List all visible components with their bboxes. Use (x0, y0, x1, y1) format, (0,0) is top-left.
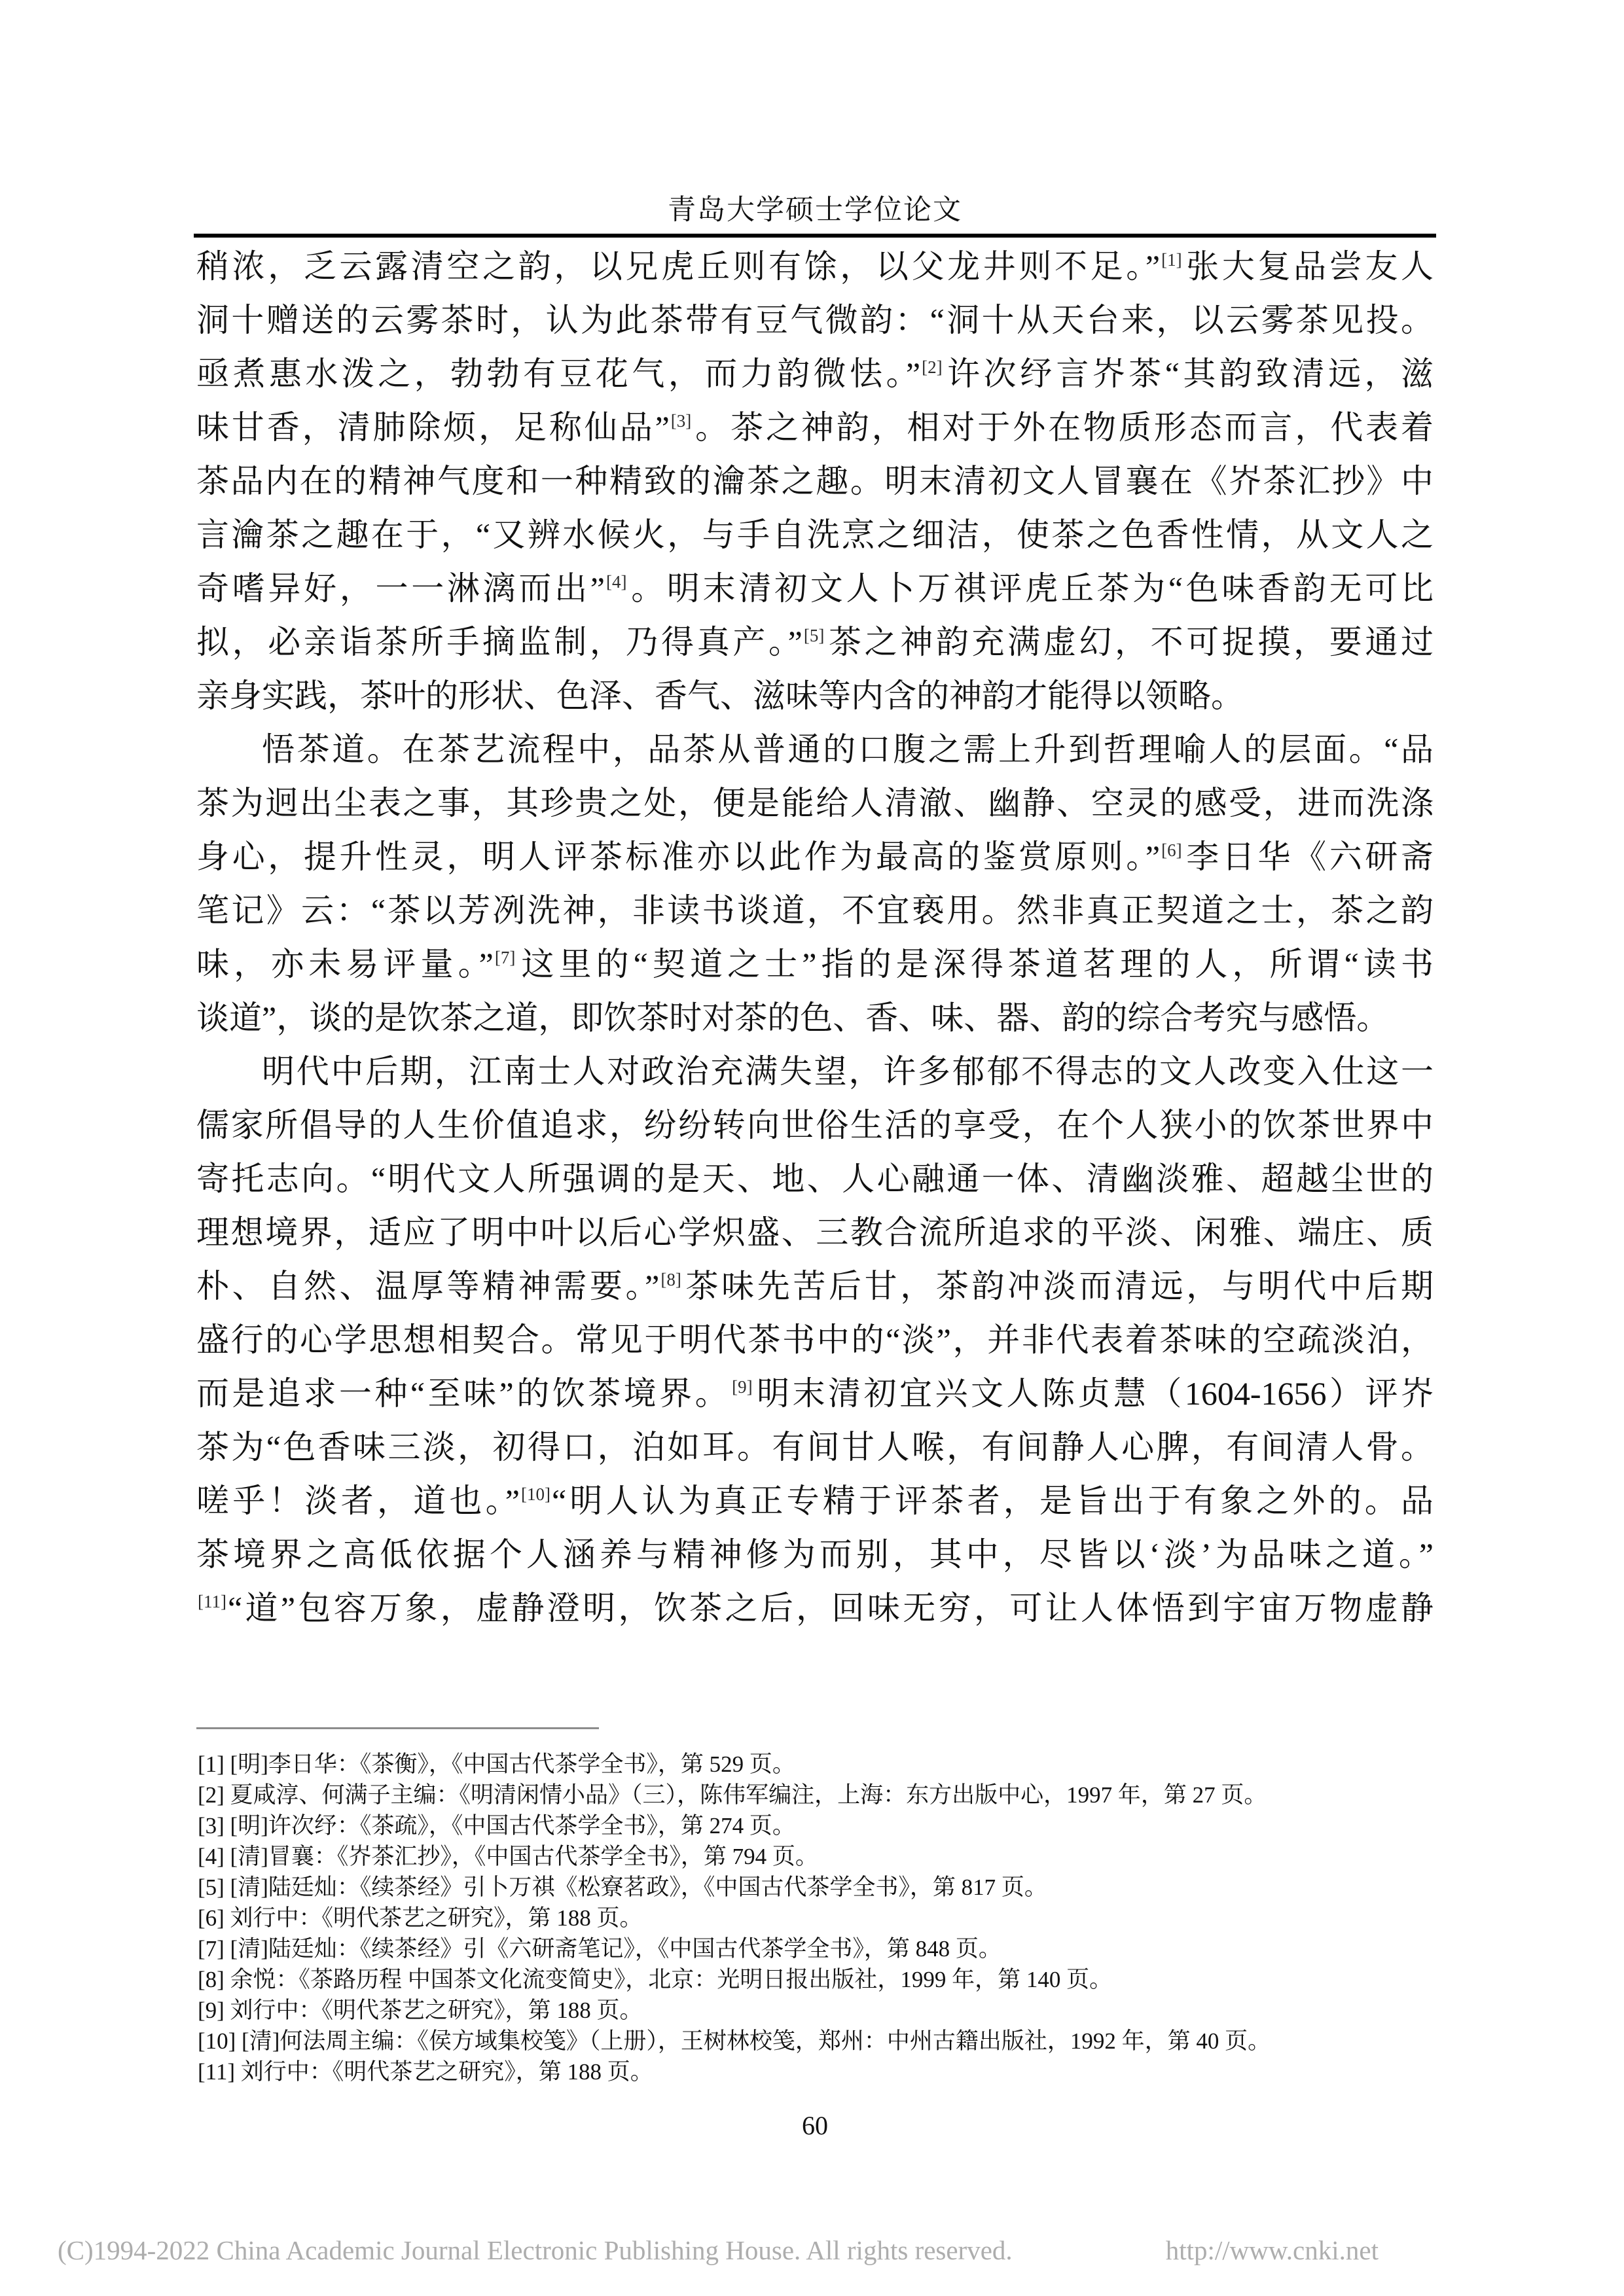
footnote-item: [5] [清]陆廷灿：《续茶经》引卜万祺《松寮茗政》，《中国古代茶学全书》，第 … (198, 1872, 1435, 1903)
text-run: “明人认为真正专精于评茶者，是旨出于有象之外的。品 (552, 1482, 1434, 1519)
body-line: 稍浓，乏云露清空之韵，以兄虎丘则有馀，以父龙井则不足。”[1]张大复品尝友人 (196, 240, 1434, 293)
copyright-text: (C)1994-2022 China Academic Journal Elec… (58, 2233, 1013, 2267)
text-run: 茶为迥出尘表之事，其珍贵之处，便是能给人清澈、幽静、空灵的感受，进而洗涤 (196, 785, 1434, 821)
body-line: 洞十赠送的云雾茶时，认为此茶带有豆气微韵：“洞十从天台来，以云雾茶见投。 (196, 293, 1434, 347)
footnote-separator (196, 1727, 599, 1729)
footnote-item: [1] [明]李日华：《茶衡》，《中国古代茶学全书》，第 529 页。 (198, 1749, 1435, 1780)
footnote-ref: [3] (670, 412, 693, 430)
footnote-item: [7] [清]陆廷灿：《续茶经》引《六研斋笔记》，《中国古代茶学全书》，第 84… (198, 1933, 1435, 1964)
footnote-ref: [5] (803, 627, 825, 645)
text-run: 儒家所倡导的人生价值追求，纷纷转向世俗生活的享受，在个人狭小的饮茶世界中 (196, 1107, 1434, 1143)
body-line: 盛行的心学思想相契合。常见于明代茶书中的“淡”，并非代表着茶味的空疏淡泊， (196, 1313, 1434, 1367)
text-run: 稍浓，乏云露清空之韵，以兄虎丘则有馀，以父龙井则不足。” (196, 248, 1160, 285)
text-run: 茶味先苦后甘，茶韵冲淡而清远，与明代中后期 (683, 1268, 1434, 1304)
text-run: 茶为“色香味三淡，初得口，泊如耳。有间甘人喉，有间静人心脾，有间清人骨。 (196, 1429, 1434, 1465)
body-line: 茶为“色香味三淡，初得口，泊如耳。有间甘人喉，有间静人心脾，有间清人骨。 (196, 1420, 1434, 1474)
text-run: 明末清初宜兴文人陈贞慧（1604-1656）评岕 (754, 1375, 1434, 1412)
body-line: 寄托志向。“明代文人所强调的是天、地、人心融通一体、清幽淡雅、超越尘世的 (196, 1152, 1434, 1206)
body-line: 谈道”，谈的是饮茶之道，即饮茶时对茶的色、香、味、器、韵的综合考究与感悟。 (196, 991, 1434, 1045)
footnote-item: [9] 刘行中：《明代茶艺之研究》，第 188 页。 (198, 1995, 1435, 2026)
text-run: 李日华《六研斋 (1183, 838, 1434, 875)
body-line: 亟煮惠水泼之，勃勃有豆花气，而力韵微怯。”[2]许次纾言岕茶“其韵致清远，滋 (196, 347, 1434, 401)
header-rule (194, 234, 1436, 238)
footnote-ref: [6] (1160, 842, 1183, 859)
footnote-ref: [4] (605, 573, 628, 591)
text-run: 味甘香，清肺除烦，足称仙品” (196, 409, 670, 446)
body-line: 儒家所倡导的人生价值追求，纷纷转向世俗生活的享受，在个人狭小的饮茶世界中 (196, 1098, 1434, 1152)
body-line: 拟，必亲诣茶所手摘监制，乃得真产。”[5]茶之神韵充满虚幻，不可捉摸，要通过 (196, 615, 1434, 669)
text-run: 明代中后期，江南士人对政治充满失望，许多郁郁不得志的文人改变入仕这一 (262, 1053, 1434, 1090)
text-run: 朴、自然、温厚等精神需要。” (196, 1268, 659, 1304)
footnote-item: [11] 刘行中：《明代茶艺之研究》，第 188 页。 (198, 2056, 1435, 2087)
footnote-item: [3] [明]许次纾：《茶疏》，《中国古代茶学全书》，第 274 页。 (198, 1810, 1435, 1841)
thesis-page: 青岛大学硕士学位论文 稍浓，乏云露清空之韵，以兄虎丘则有馀，以父龙井则不足。”[… (0, 0, 1624, 2296)
body-line: 悟茶道。在茶艺流程中，品茶从普通的口腹之需上升到哲理喻人的层面。“品 (196, 723, 1434, 776)
body-line: 奇嗜异好，一一淋漓而出”[4]。明末清初文人卜万祺评虎丘茶为“色味香韵无可比 (196, 562, 1434, 615)
body-line: 味，亦未易评量。”[7]这里的“契道之士”指的是深得茶道茗理的人，所谓“读书 (196, 937, 1434, 991)
body-line: 嗟乎！淡者，道也。”[10]“明人认为真正专精于评茶者，是旨出于有象之外的。品 (196, 1474, 1434, 1528)
text-run: 笔记》云：“茶以芳冽洗神，非读书谈道，不宜亵用。然非真正契道之士，茶之韵 (196, 892, 1434, 929)
text-run: 嗟乎！淡者，道也。” (196, 1482, 520, 1519)
footnote-item: [10] [清]何法周主编：《侯方域集校笺》（上册），王树林校笺，郑州：中州古籍… (198, 2026, 1435, 2056)
text-run: 盛行的心学思想相契合。常见于明代茶书中的“淡”，并非代表着茶味的空疏淡泊， (196, 1321, 1434, 1358)
text-run: 。茶之神韵，相对于外在物质形态而言，代表着 (693, 409, 1434, 446)
footnote-ref: [7] (494, 949, 516, 967)
text-run: 理想境界，适应了明中叶以后心学炽盛、三教合流所追求的平淡、闲雅、端庄、质 (196, 1214, 1434, 1251)
text-run: 亟煮惠水泼之，勃勃有豆花气，而力韵微怯。” (196, 355, 920, 392)
body-line: 身心，提升性灵，明人评茶标准亦以此作为最高的鉴赏原则。”[6]李日华《六研斋 (196, 830, 1434, 884)
cnki-url: http://www.cnki.net (1166, 2233, 1379, 2267)
text-run: 洞十赠送的云雾茶时，认为此茶带有豆气微韵：“洞十从天台来，以云雾茶见投。 (196, 302, 1434, 338)
text-run: 茶境界之高低依据个人涵养与精神修为而别，其中，尽皆以‘淡’为品味之道。” (196, 1536, 1434, 1573)
body-line: 而是追求一种“至味”的饮茶境界。[9]明末清初宜兴文人陈贞慧（1604-1656… (196, 1367, 1434, 1420)
text-run: 言瀹茶之趣在于，“又辨水候火，与手自洗烹之细洁，使茶之色香性情，从文人之 (196, 516, 1434, 553)
text-run: 悟茶道。在茶艺流程中，品茶从普通的口腹之需上升到哲理喻人的层面。“品 (262, 731, 1434, 768)
text-run: 寄托志向。“明代文人所强调的是天、地、人心融通一体、清幽淡雅、超越尘世的 (196, 1160, 1434, 1197)
text-run: 亲身实践，茶叶的形状、色泽、香气、滋味等内含的神韵才能得以领略。 (196, 677, 1244, 714)
cnki-footer: (C)1994-2022 China Academic Journal Elec… (58, 2233, 1379, 2267)
text-run: 许次纾言岕茶“其韵致清远，滋 (944, 355, 1434, 392)
body-line: 笔记》云：“茶以芳冽洗神，非读书谈道，不宜亵用。然非真正契道之士，茶之韵 (196, 884, 1434, 937)
footnote-item: [8] 余悦：《茶路历程 中国茶文化流变简史》，北京：光明日报出版社，1999 … (198, 1964, 1435, 1995)
text-run: 奇嗜异好，一一淋漓而出” (196, 570, 605, 607)
text-run: 茶品内在的精神气度和一种精致的瀹茶之趣。明末清初文人冒襄在《岕茶汇抄》中 (196, 463, 1434, 499)
body-line: 言瀹茶之趣在于，“又辨水候火，与手自洗烹之细洁，使茶之色香性情，从文人之 (196, 508, 1434, 562)
page-number: 60 (196, 2110, 1434, 2142)
text-run: 张大复品尝友人 (1183, 248, 1434, 285)
text-run: 这里的“契道之士”指的是深得茶道茗理的人，所谓“读书 (516, 946, 1434, 982)
body-text: 稍浓，乏云露清空之韵，以兄虎丘则有馀，以父龙井则不足。”[1]张大复品尝友人洞十… (196, 240, 1434, 1635)
body-line: 亲身实践，茶叶的形状、色泽、香气、滋味等内含的神韵才能得以领略。 (196, 669, 1434, 723)
text-run: 而是追求一种“至味”的饮茶境界。 (196, 1375, 731, 1412)
text-run: 拟，必亲诣茶所手摘监制，乃得真产。” (196, 624, 803, 660)
footnote-ref: [2] (920, 359, 943, 376)
text-run: 。明末清初文人卜万祺评虎丘茶为“色味香韵无可比 (628, 570, 1434, 607)
footnote-item: [2] 夏咸淳、何满子主编：《明清闲情小品》（三），陈伟军编注，上海：东方出版中… (198, 1780, 1435, 1810)
footnote-ref: [11] (196, 1593, 228, 1611)
text-run: 茶之神韵充满虚幻，不可捉摸，要通过 (825, 624, 1434, 660)
body-line: 茶境界之高低依据个人涵养与精神修为而别，其中，尽皆以‘淡’为品味之道。” (196, 1528, 1434, 1581)
body-line: 味甘香，清肺除烦，足称仙品”[3]。茶之神韵，相对于外在物质形态而言，代表着 (196, 401, 1434, 454)
body-line: [11]“道”包容万象，虚静澄明，饮茶之后，回味无穷，可让人体悟到宇宙万物虚静 (196, 1581, 1434, 1635)
footnote-ref: [1] (1160, 251, 1183, 269)
body-line: 朴、自然、温厚等精神需要。”[8]茶味先苦后甘，茶韵冲淡而清远，与明代中后期 (196, 1259, 1434, 1313)
header-title: 青岛大学硕士学位论文 (196, 195, 1434, 226)
text-run: “道”包容万象，虚静澄明，饮茶之后，回味无穷，可让人体悟到宇宙万物虚静 (228, 1590, 1434, 1626)
text-run: 身心，提升性灵，明人评茶标准亦以此作为最高的鉴赏原则。” (196, 838, 1160, 875)
text-run: 味，亦未易评量。” (196, 946, 494, 982)
footnote-item: [4] [清]冒襄：《岕茶汇抄》，《中国古代茶学全书》，第 794 页。 (198, 1841, 1435, 1872)
text-run: 谈道”，谈的是饮茶之道，即饮茶时对茶的色、香、味、器、韵的综合考究与感悟。 (196, 999, 1389, 1036)
footnote-ref: [8] (659, 1271, 682, 1289)
body-line: 茶品内在的精神气度和一种精致的瀹茶之趣。明末清初文人冒襄在《岕茶汇抄》中 (196, 454, 1434, 508)
footnote-ref: [10] (520, 1486, 552, 1503)
footnote-ref: [9] (731, 1378, 753, 1396)
body-line: 明代中后期，江南士人对政治充满失望，许多郁郁不得志的文人改变入仕这一 (196, 1045, 1434, 1098)
footnotes: [1] [明]李日华：《茶衡》，《中国古代茶学全书》，第 529 页。[2] 夏… (198, 1749, 1435, 2087)
footnote-item: [6] 刘行中：《明代茶艺之研究》，第 188 页。 (198, 1903, 1435, 1933)
body-line: 理想境界，适应了明中叶以后心学炽盛、三教合流所追求的平淡、闲雅、端庄、质 (196, 1206, 1434, 1259)
body-line: 茶为迥出尘表之事，其珍贵之处，便是能给人清澈、幽静、空灵的感受，进而洗涤 (196, 776, 1434, 830)
